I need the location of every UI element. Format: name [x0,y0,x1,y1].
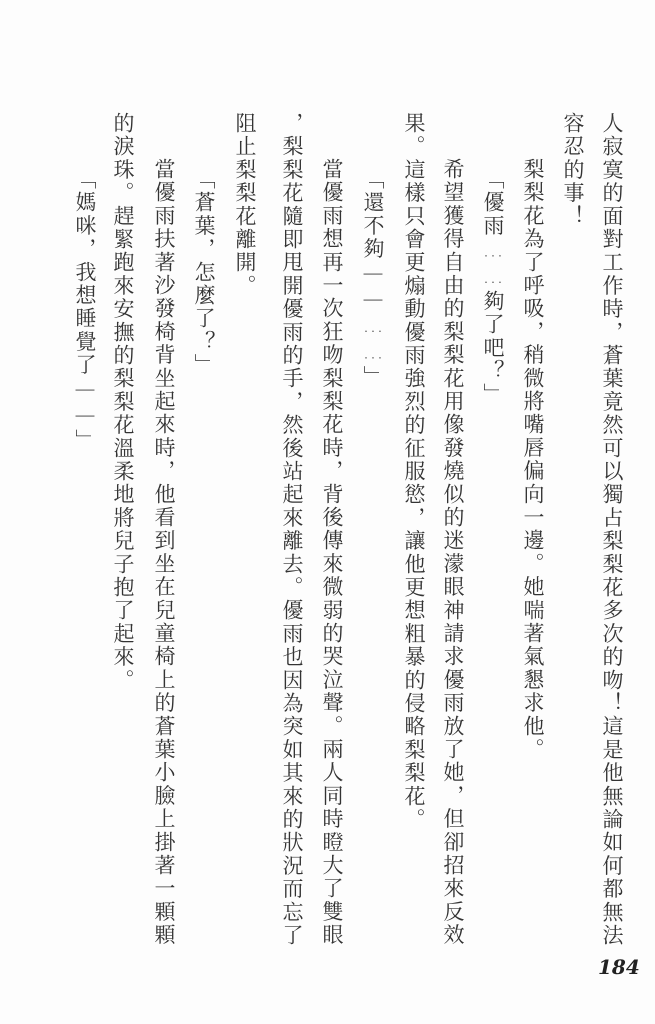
dialogue-column-14: 「媽咪，我想睡覺了——」 [73,168,97,452]
text-column-3: 梨梨花為了呼吸，稍微將嘴唇偏向一邊。她喘著氣懇求他。 [521,158,545,761]
text-column-2: 容忍的事！ [561,112,585,228]
text-column-5: 希望獲得自由的梨梨花用像發燒似的迷濛眼神請求優雨放了她，但卻招來反效 [441,158,465,947]
text-column-13: 的淚珠。趕緊跑來安撫的梨梨花溫柔地將兒子抱了起來。 [111,112,135,692]
text-column-9: ，梨梨花隨即甩開優雨的手，然後站起來離去。優雨也因為突如其來的狀況而忘了 [280,112,304,947]
book-page: 人寂寞的面對工作時，蒼葉竟然可以獨占梨梨花多次的吻！這是他無論如何都無法 容忍的… [0,0,655,1024]
text-column-12: 當優雨扶著沙發椅背坐起來時，他看到坐在兒童椅上的蒼葉小臉上掛著一顆顆 [152,158,176,947]
text-column-1: 人寂寞的面對工作時，蒼葉竟然可以獨占梨梨花多次的吻！這是他無論如何都無法 [600,112,624,947]
text-column-6: 果。這樣只會更煽動優雨強烈的征服慾，讓他更想粗暴的侵略梨梨花。 [402,112,426,831]
text-column-8: 當優雨想再一次狂吻梨梨花時，背後傳來微弱的哭泣聲。兩人同時瞪大了雙眼 [320,158,344,947]
page-number: 184 [598,955,640,979]
text-column-10: 阻止梨梨花離開。 [233,112,257,298]
dialogue-column-7: 「還不夠——……」 [361,168,385,389]
dialogue-column-11: 「蒼葉，怎麼了？」 [192,168,216,377]
dialogue-column-4: 「優雨……夠了吧？」 [481,168,505,406]
